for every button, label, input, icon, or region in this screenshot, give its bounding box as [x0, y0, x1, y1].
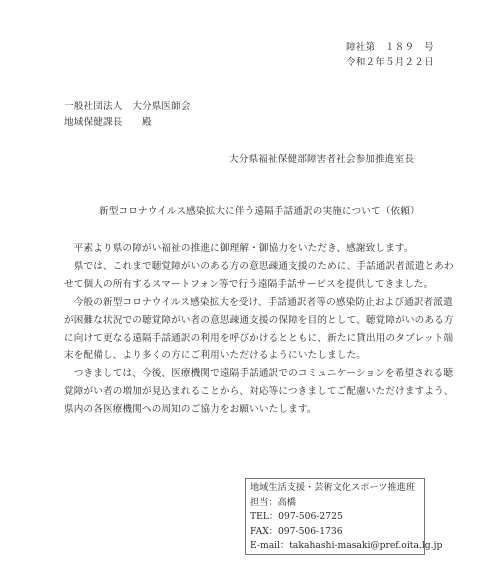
document-number: 障社第 １８９ 号: [346, 42, 434, 54]
document-date: 令和２年５月２２日: [346, 57, 434, 69]
body-line: 県内の各医療機関への周知のご協力をお願いいたします。: [64, 404, 317, 416]
body-line: が困難な状況での聴覚障がい者の意思疎通支援の保障を目的として、聴覚障がいのある方: [64, 315, 454, 327]
subject-title: 新型コロナウイルス感染拡大に伴う遠隔手話通訳の実施について（依頼）: [99, 206, 420, 218]
contact-department: 地域生活支援・芸術文化スポーツ推進班: [250, 481, 424, 496]
body-line: 末を配備し、より多くの方にご利用いただけるようにいたしました。: [64, 350, 366, 362]
contact-email: E-mail：takahashi-masaki@pref.oita.lg.jp: [250, 539, 424, 554]
recipient-organization: 一般社団法人 大分県医師会: [64, 101, 191, 113]
contact-person: 担当：高橋: [250, 496, 424, 511]
recipient-title: 地域保健課長 殿: [64, 117, 152, 129]
body-line: に向けて更なる遠隔手話通訳の利用を呼びかけるとともに、新たに貸出用のタブレット端: [64, 333, 453, 345]
body-line: せて個人の所有するスマートフォン等で行う遠隔手話サービスを提供してきました。: [64, 279, 433, 291]
body-line: 県では、これまで聴覚障がいのある方の意思疎通支援のために、手話通訳者派遣とあわ: [64, 261, 454, 273]
body-line: 平素より県の障がい福祉の推進に御理解・御協力をいただき、感謝致します。: [64, 243, 414, 255]
body-line: 今般の新型コロナウイルス感染拡大を受け、手話通訳者等の感染防止および通訳者派遣: [64, 297, 453, 309]
contact-tel: TEL：097-506-2725: [250, 510, 424, 525]
body-line: つきましては、今後、医療機関で遠隔手話通訳でのコミュニケーションを希望される聴: [64, 368, 453, 380]
contact-fax: FAX：097-506-1736: [250, 525, 424, 540]
body-line: 覚障がい者の増加が見込まれることから、対応等につきましてご配慮いただけますよう、: [64, 386, 454, 398]
contact-box: 地域生活支援・芸術文化スポーツ推進班 担当：高橋 TEL：097-506-272…: [245, 478, 425, 555]
sender: 大分県福祉保健部障害者社会参加推進室長: [229, 154, 414, 166]
